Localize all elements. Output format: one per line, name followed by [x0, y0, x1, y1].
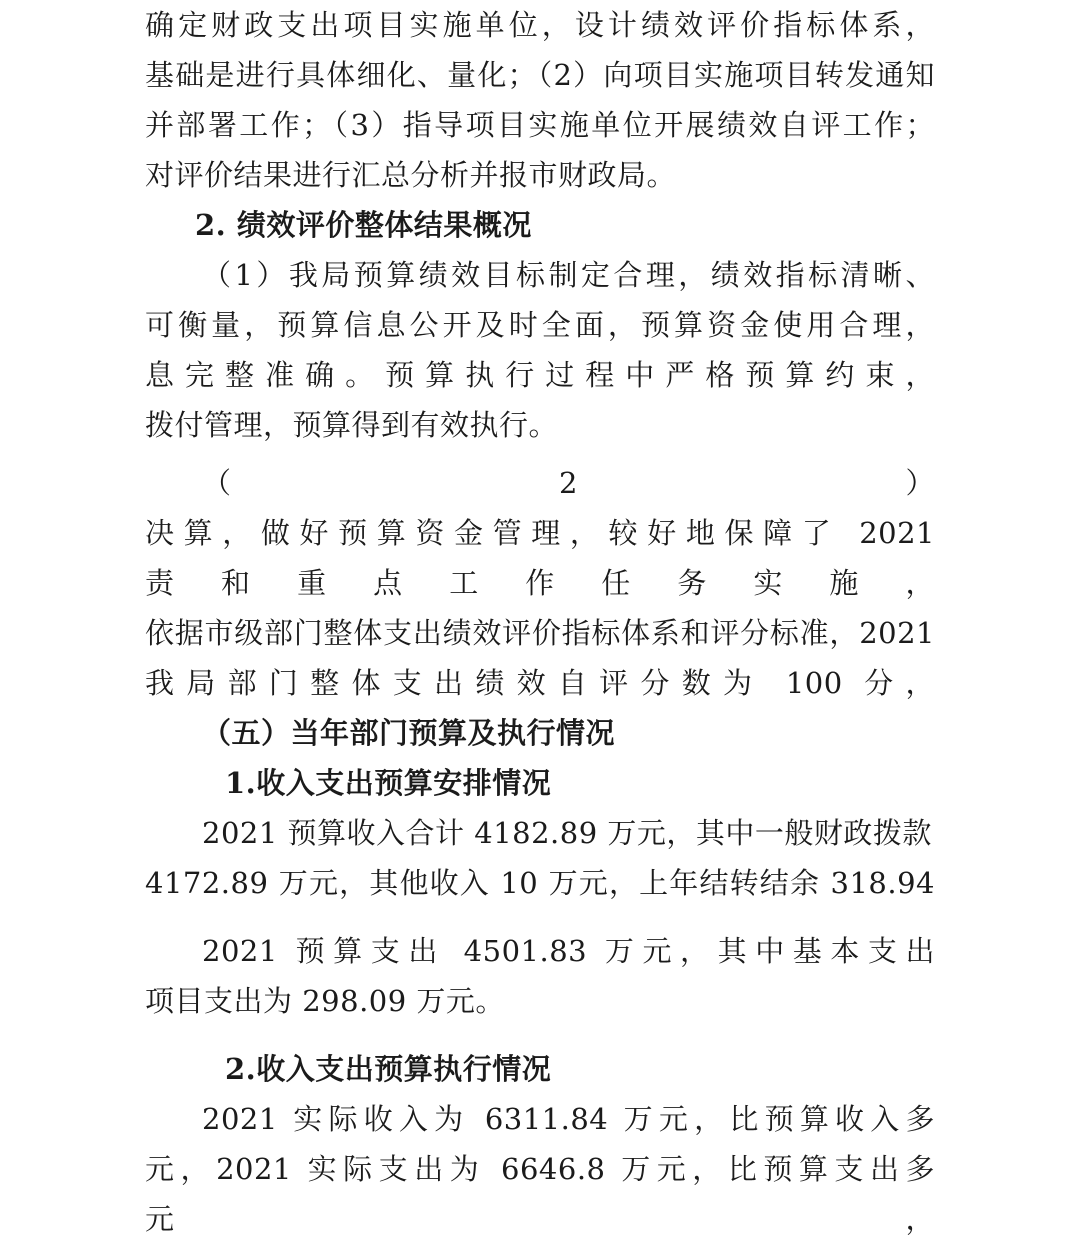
text-line: 元，主要原因是财政追加非税收入超收奖励金及项目建设资金。 — [145, 1194, 935, 1220]
text-line: 我局部门整体支出绩效自评分数为 100 分，绩效等级为“优”。 — [145, 658, 935, 708]
section-heading: （五）当年部门预算及执行情况 — [145, 708, 935, 758]
text-line: 责和重点工作任务实施，总体上实现了全过程预算绩效管理。 — [145, 558, 935, 608]
text-line: 拨付管理，预算得到有效执行。 — [145, 400, 935, 450]
text-line: 确定财政支出项目实施单位，设计绩效评价指标体系，并在其 — [145, 0, 935, 50]
text-line: 2021 实际收入为 6311.84 万元，比预算收入多 2128.95 万 — [145, 1094, 935, 1144]
text-line: 项目支出为 298.09 万元。 — [145, 976, 935, 1026]
text-line: 可衡量，预算信息公开及时全面，预算资金使用合理，基础信 — [145, 300, 935, 350]
text-line: 2021 预算支出 4501.83 万元，其中基本支出 4203.74 万元， — [145, 926, 935, 976]
text-line: 息完整准确。预算执行过程中严格预算约束，加强预算资金的 — [145, 350, 935, 400]
text-line: 元，2021 实际支出为 6646.8 万元，比预算支出多 2144.97 万 — [145, 1144, 935, 1194]
text-line: 4172.89 万元，其他收入 10 万元，上年结转结余 318.94 万元。 — [145, 858, 935, 908]
text-line: （1）我局预算绩效目标制定合理，绩效指标清晰、细化、 — [145, 250, 935, 300]
section-heading: 2.收入支出预算执行情况 — [145, 1044, 935, 1094]
section-heading: 2. 绩效评价整体结果概况 — [145, 200, 935, 250]
document-page: 确定财政支出项目实施单位，设计绩效评价指标体系，并在其基础是进行具体细化、量化；… — [145, 0, 935, 1220]
text-line: 决算，做好预算资金管理，较好地保障了 2021 年履行职能职 — [145, 508, 935, 558]
text-line: 依据市级部门整体支出绩效评价指标体系和评分标准，2021 年 — [145, 608, 935, 658]
text-line: （2）我局按照市财政厅预算绩效管理的要求编报部门预、 — [145, 458, 935, 508]
text-line: 2021 预算收入合计 4182.89 万元，其中一般财政拨款 — [145, 808, 935, 858]
text-line: 基础是进行具体细化、量化；（2）向项目实施项目转发通知 — [145, 50, 935, 100]
section-heading: 1.收入支出预算安排情况 — [145, 758, 935, 808]
text-line: 对评价结果进行汇总分析并报市财政局。 — [145, 150, 935, 200]
text-line: 并部署工作；（3）指导项目实施单位开展绩效自评工作；（4） — [145, 100, 935, 150]
